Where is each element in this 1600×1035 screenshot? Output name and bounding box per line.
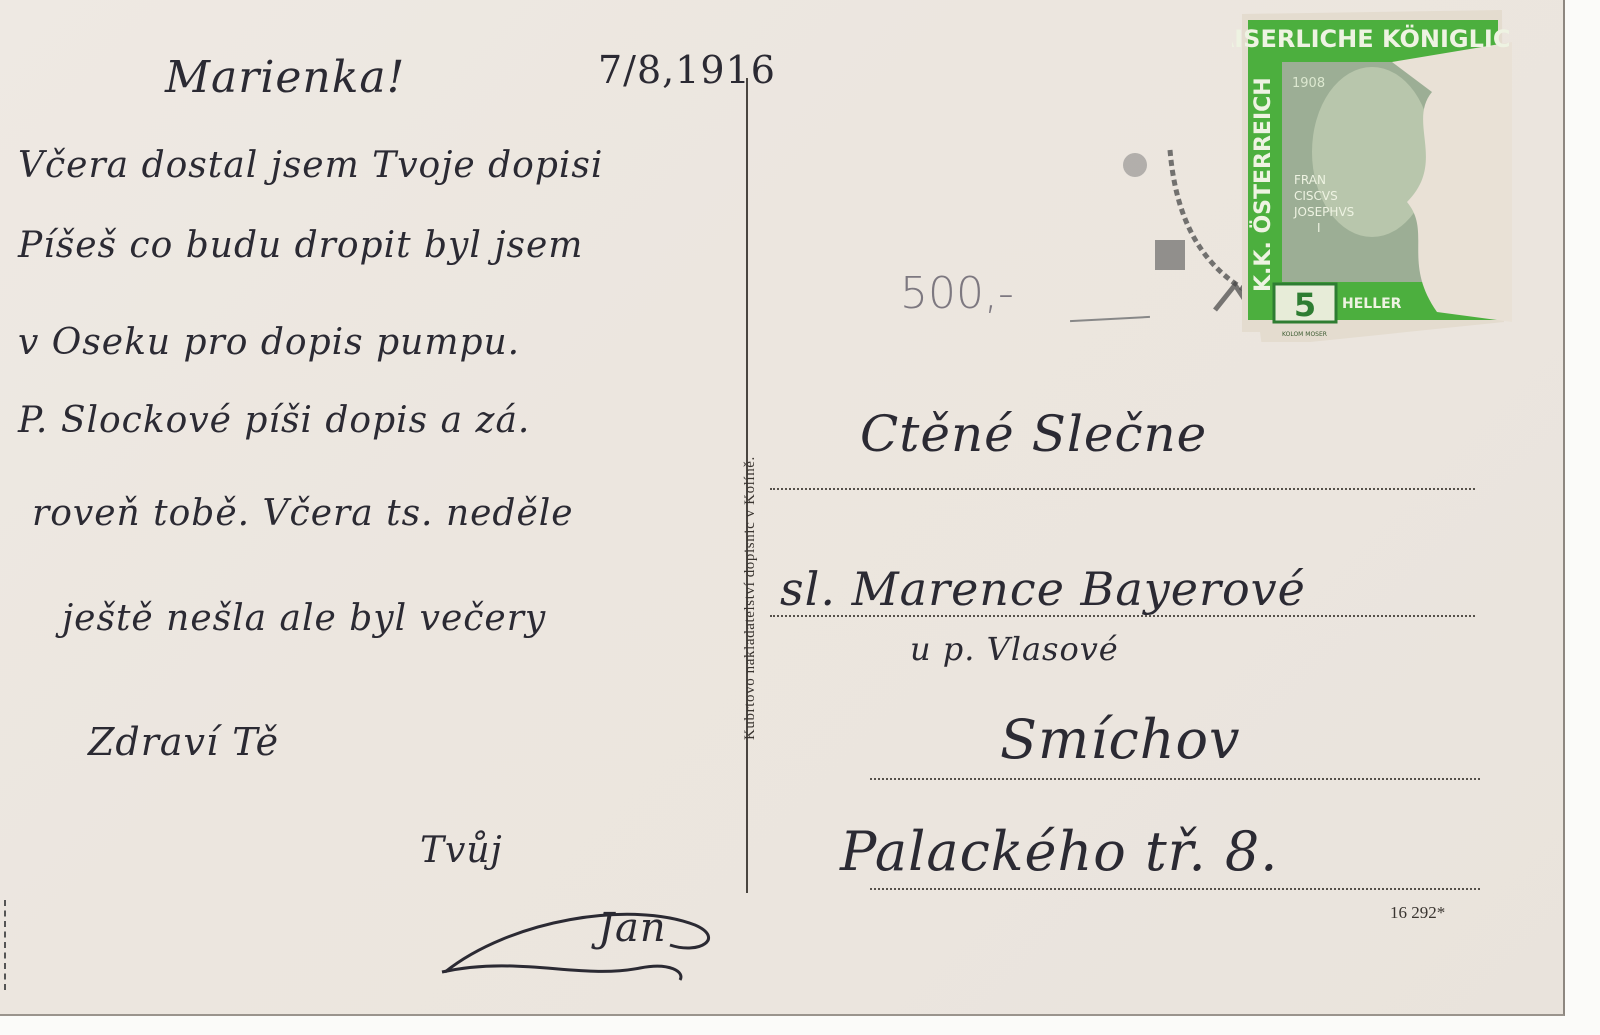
closing: Zdraví Tě <box>88 720 279 764</box>
publisher-number: 16 292* <box>1390 903 1445 923</box>
svg-text:K.K. ÖSTERREICH: K.K. ÖSTERREICH <box>1250 77 1276 292</box>
message-line: P. Slockové píši dopis a zá. <box>18 400 530 441</box>
postage-stamp: KAISERLICHE KÖNIGLICHE 1908 FRAN CISCVS … <box>1232 2 1512 342</box>
address-line-care-of: u p. Vlasové <box>910 630 1119 668</box>
address-rule <box>770 615 1475 617</box>
message-line: Píšeš co budu dropit byl jsem <box>18 225 583 266</box>
pencil-price-note: 500,- <box>900 268 1014 319</box>
address-rule <box>870 888 1480 890</box>
salutation: Marienka! <box>165 52 405 103</box>
svg-text:1908: 1908 <box>1292 76 1325 91</box>
address-line-salutation: Ctěné Slečne <box>860 405 1207 463</box>
svg-text:KOLOM MOSER: KOLOM MOSER <box>1282 331 1327 338</box>
address-line-name: sl. Marence Bayerové <box>780 562 1306 616</box>
closing-2: Tvůj <box>420 830 503 871</box>
message-line: v Oseku pro dopis pumpu. <box>18 322 520 363</box>
stamp-icon: KAISERLICHE KÖNIGLICHE 1908 FRAN CISCVS … <box>1232 2 1512 342</box>
message-line: Včera dostal jsem Tvoje dopisi <box>18 145 603 186</box>
address-rule <box>770 488 1475 490</box>
perforation-mark <box>4 900 8 990</box>
svg-text:5: 5 <box>1294 286 1316 324</box>
svg-text:JOSEPHVS: JOSEPHVS <box>1293 205 1354 219</box>
svg-text:CISCVS: CISCVS <box>1294 189 1338 203</box>
postcard-back: Marienka! 7/8,1916 Včera dostal jsem Tvo… <box>0 0 1565 1016</box>
svg-text:HELLER: HELLER <box>1342 296 1402 312</box>
message-line: roveň tobě. Včera ts. neděle <box>32 493 574 534</box>
svg-text:KAISERLICHE KÖNIGLICHE: KAISERLICHE KÖNIGLICHE <box>1232 23 1512 53</box>
signature-flourish <box>430 900 730 990</box>
svg-text:I: I <box>1317 221 1321 235</box>
address-line-city: Smíchov <box>1000 708 1241 771</box>
address-rule <box>870 778 1480 780</box>
letter-date: 7/8,1916 <box>598 48 776 92</box>
address-line-street: Palackého tř. 8. <box>840 820 1278 883</box>
message-line: ještě nešla ale byl večery <box>62 598 546 639</box>
svg-text:FRAN: FRAN <box>1294 173 1326 187</box>
